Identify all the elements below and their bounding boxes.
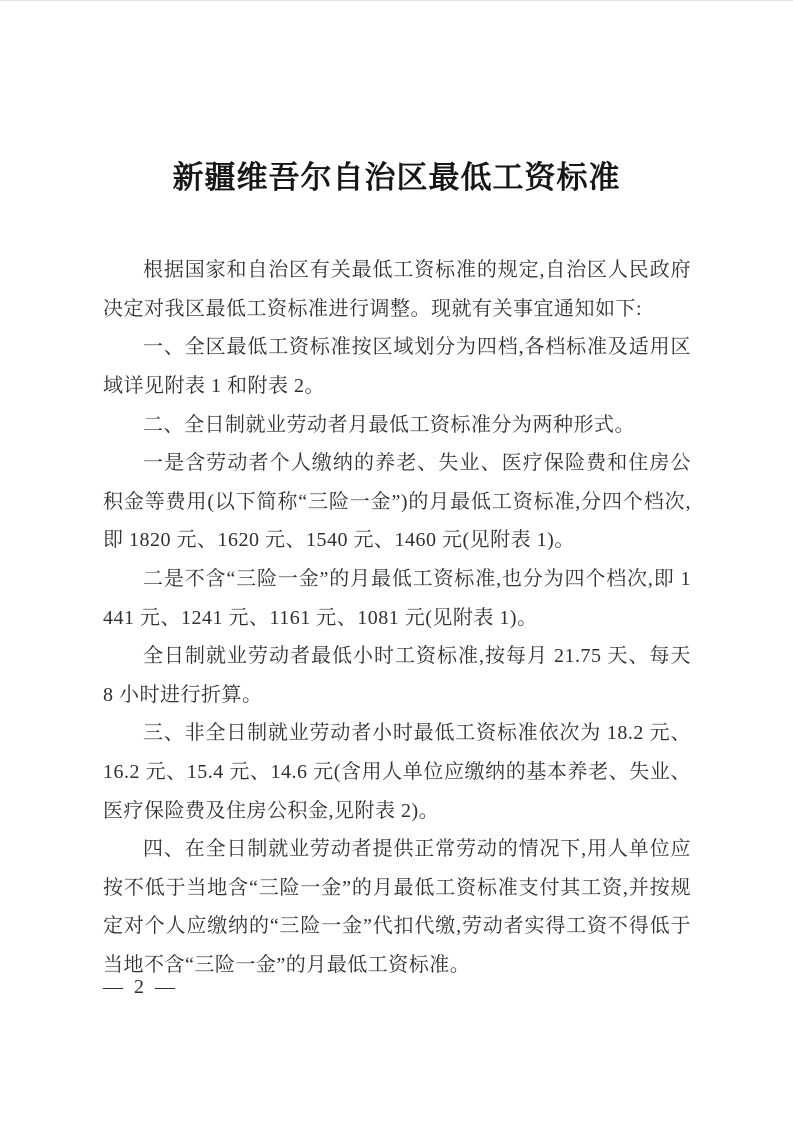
paragraph-item-4: 四、在全日制就业劳动者提供正常劳动的情况下,用人单位应按不低于当地含“三险一金”…	[103, 830, 691, 984]
paragraph-intro: 根据国家和自治区有关最低工资标准的规定,自治区人民政府决定对我区最低工资标准进行…	[103, 251, 691, 328]
paragraph-item-1: 一、全区最低工资标准按区域划分为四档,各档标准及适用区域详见附表 1 和附表 2…	[103, 328, 691, 405]
document-body: 根据国家和自治区有关最低工资标准的规定,自治区人民政府决定对我区最低工资标准进行…	[103, 251, 691, 984]
paragraph-item-3: 三、非全日制就业劳动者小时最低工资标准依次为 18.2 元、16.2 元、15.…	[103, 714, 691, 830]
paragraph-item-2: 二、全日制就业劳动者月最低工资标准分为两种形式。	[103, 406, 691, 445]
document-title: 新疆维吾尔自治区最低工资标准	[0, 1, 793, 198]
paragraph-item-2-form-2: 二是不含“三险一金”的月最低工资标准,也分为四个档次,即 1441 元、1241…	[103, 560, 691, 637]
document-page: 新疆维吾尔自治区最低工资标准 根据国家和自治区有关最低工资标准的规定,自治区人民…	[0, 0, 793, 1122]
paragraph-hourly-conversion: 全日制就业劳动者最低小时工资标准,按每月 21.75 天、每天 8 小时进行折算…	[103, 637, 691, 714]
paragraph-item-2-form-1: 一是含劳动者个人缴纳的养老、失业、医疗保险费和住房公积金等费用(以下简称“三险一…	[103, 444, 691, 560]
page-number: — 2 —	[103, 973, 178, 1001]
